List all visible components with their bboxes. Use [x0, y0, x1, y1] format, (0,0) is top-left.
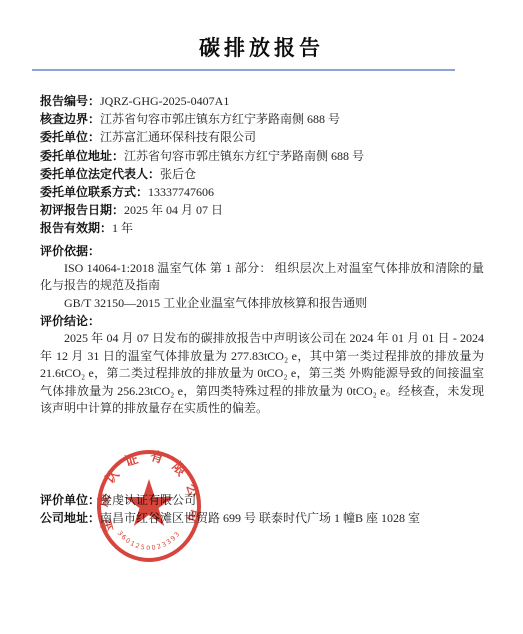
- field-label: 委托单位联系方式：: [40, 185, 148, 199]
- evaluation-conclusion-label: 评价结论：: [40, 312, 484, 330]
- evaluation-conclusion-section: 评价结论： 2025 年 04 月 07 日发布的碳排放报告中声明该公司在 20…: [40, 312, 484, 418]
- field-row-validity-period: 报告有效期：1 年: [40, 219, 484, 237]
- seal-registration-number: 3601250023393: [116, 529, 183, 552]
- field-row-verification-boundary: 核查边界：江苏省句容市郭庄镇东方红宁茅路南侧 688 号: [40, 110, 484, 128]
- field-label: 初评报告日期：: [40, 203, 124, 217]
- company-seal-stamp-icon: 金虔认证有限公司 3601250023393: [97, 450, 201, 562]
- field-row-report-number: 报告编号：JQRZ-GHG-2025-0407A1: [40, 92, 484, 110]
- report-page: 碳排放报告 报告编号：JQRZ-GHG-2025-0407A1 核查边界：江苏省…: [0, 0, 523, 634]
- field-label: 委托单位：: [40, 130, 100, 144]
- field-value: 1 年: [112, 221, 133, 235]
- conclusion-text: 2025 年 04 月 07 日发布的碳排放报告中声明该公司在 2024 年 0…: [40, 330, 484, 418]
- field-label: 报告编号：: [40, 94, 100, 108]
- field-row-contact-phone: 委托单位联系方式：13337747606: [40, 183, 484, 201]
- basis-item-gbt: GB/T 32150—2015 工业企业温室气体排放核算和报告通则: [40, 295, 484, 313]
- basis-item-iso: ISO 14064-1:2018 温室气体 第 1 部分： 组织层次上对温室气体…: [40, 260, 484, 295]
- field-label: 报告有效期：: [40, 221, 112, 235]
- field-label: 核查边界：: [40, 112, 100, 126]
- evaluation-basis-label: 评价依据：: [40, 242, 484, 260]
- field-value: 江苏富汇通环保科技有限公司: [100, 130, 256, 144]
- field-value: JQRZ-GHG-2025-0407A1: [100, 94, 229, 108]
- field-value: 张后仓: [160, 167, 196, 181]
- field-row-legal-representative: 委托单位法定代表人：张后仓: [40, 165, 484, 183]
- field-label: 公司地址：: [40, 511, 100, 525]
- evaluation-basis-section: 评价依据： ISO 14064-1:2018 温室气体 第 1 部分： 组织层次…: [40, 242, 484, 313]
- field-value: 江苏省句容市郭庄镇东方红宁茅路南侧 688 号: [124, 149, 364, 163]
- field-value: 13337747606: [148, 185, 214, 199]
- field-label: 委托单位法定代表人：: [40, 167, 160, 181]
- field-value: 江苏省句容市郭庄镇东方红宁茅路南侧 688 号: [100, 112, 340, 126]
- seal-star-icon: [124, 479, 173, 526]
- field-row-initial-report-date: 初评报告日期：2025 年 04 月 07 日: [40, 201, 484, 219]
- field-label: 评价单位：: [40, 493, 100, 507]
- field-list: 报告编号：JQRZ-GHG-2025-0407A1 核查边界：江苏省句容市郭庄镇…: [40, 92, 484, 238]
- field-row-client-address: 委托单位地址：江苏省句容市郭庄镇东方红宁茅路南侧 688 号: [40, 147, 484, 165]
- title-divider: [32, 69, 455, 71]
- page-title: 碳排放报告: [0, 36, 523, 61]
- field-label: 委托单位地址：: [40, 149, 124, 163]
- field-value: 2025 年 04 月 07 日: [124, 203, 223, 217]
- field-row-client: 委托单位：江苏富汇通环保科技有限公司: [40, 128, 484, 146]
